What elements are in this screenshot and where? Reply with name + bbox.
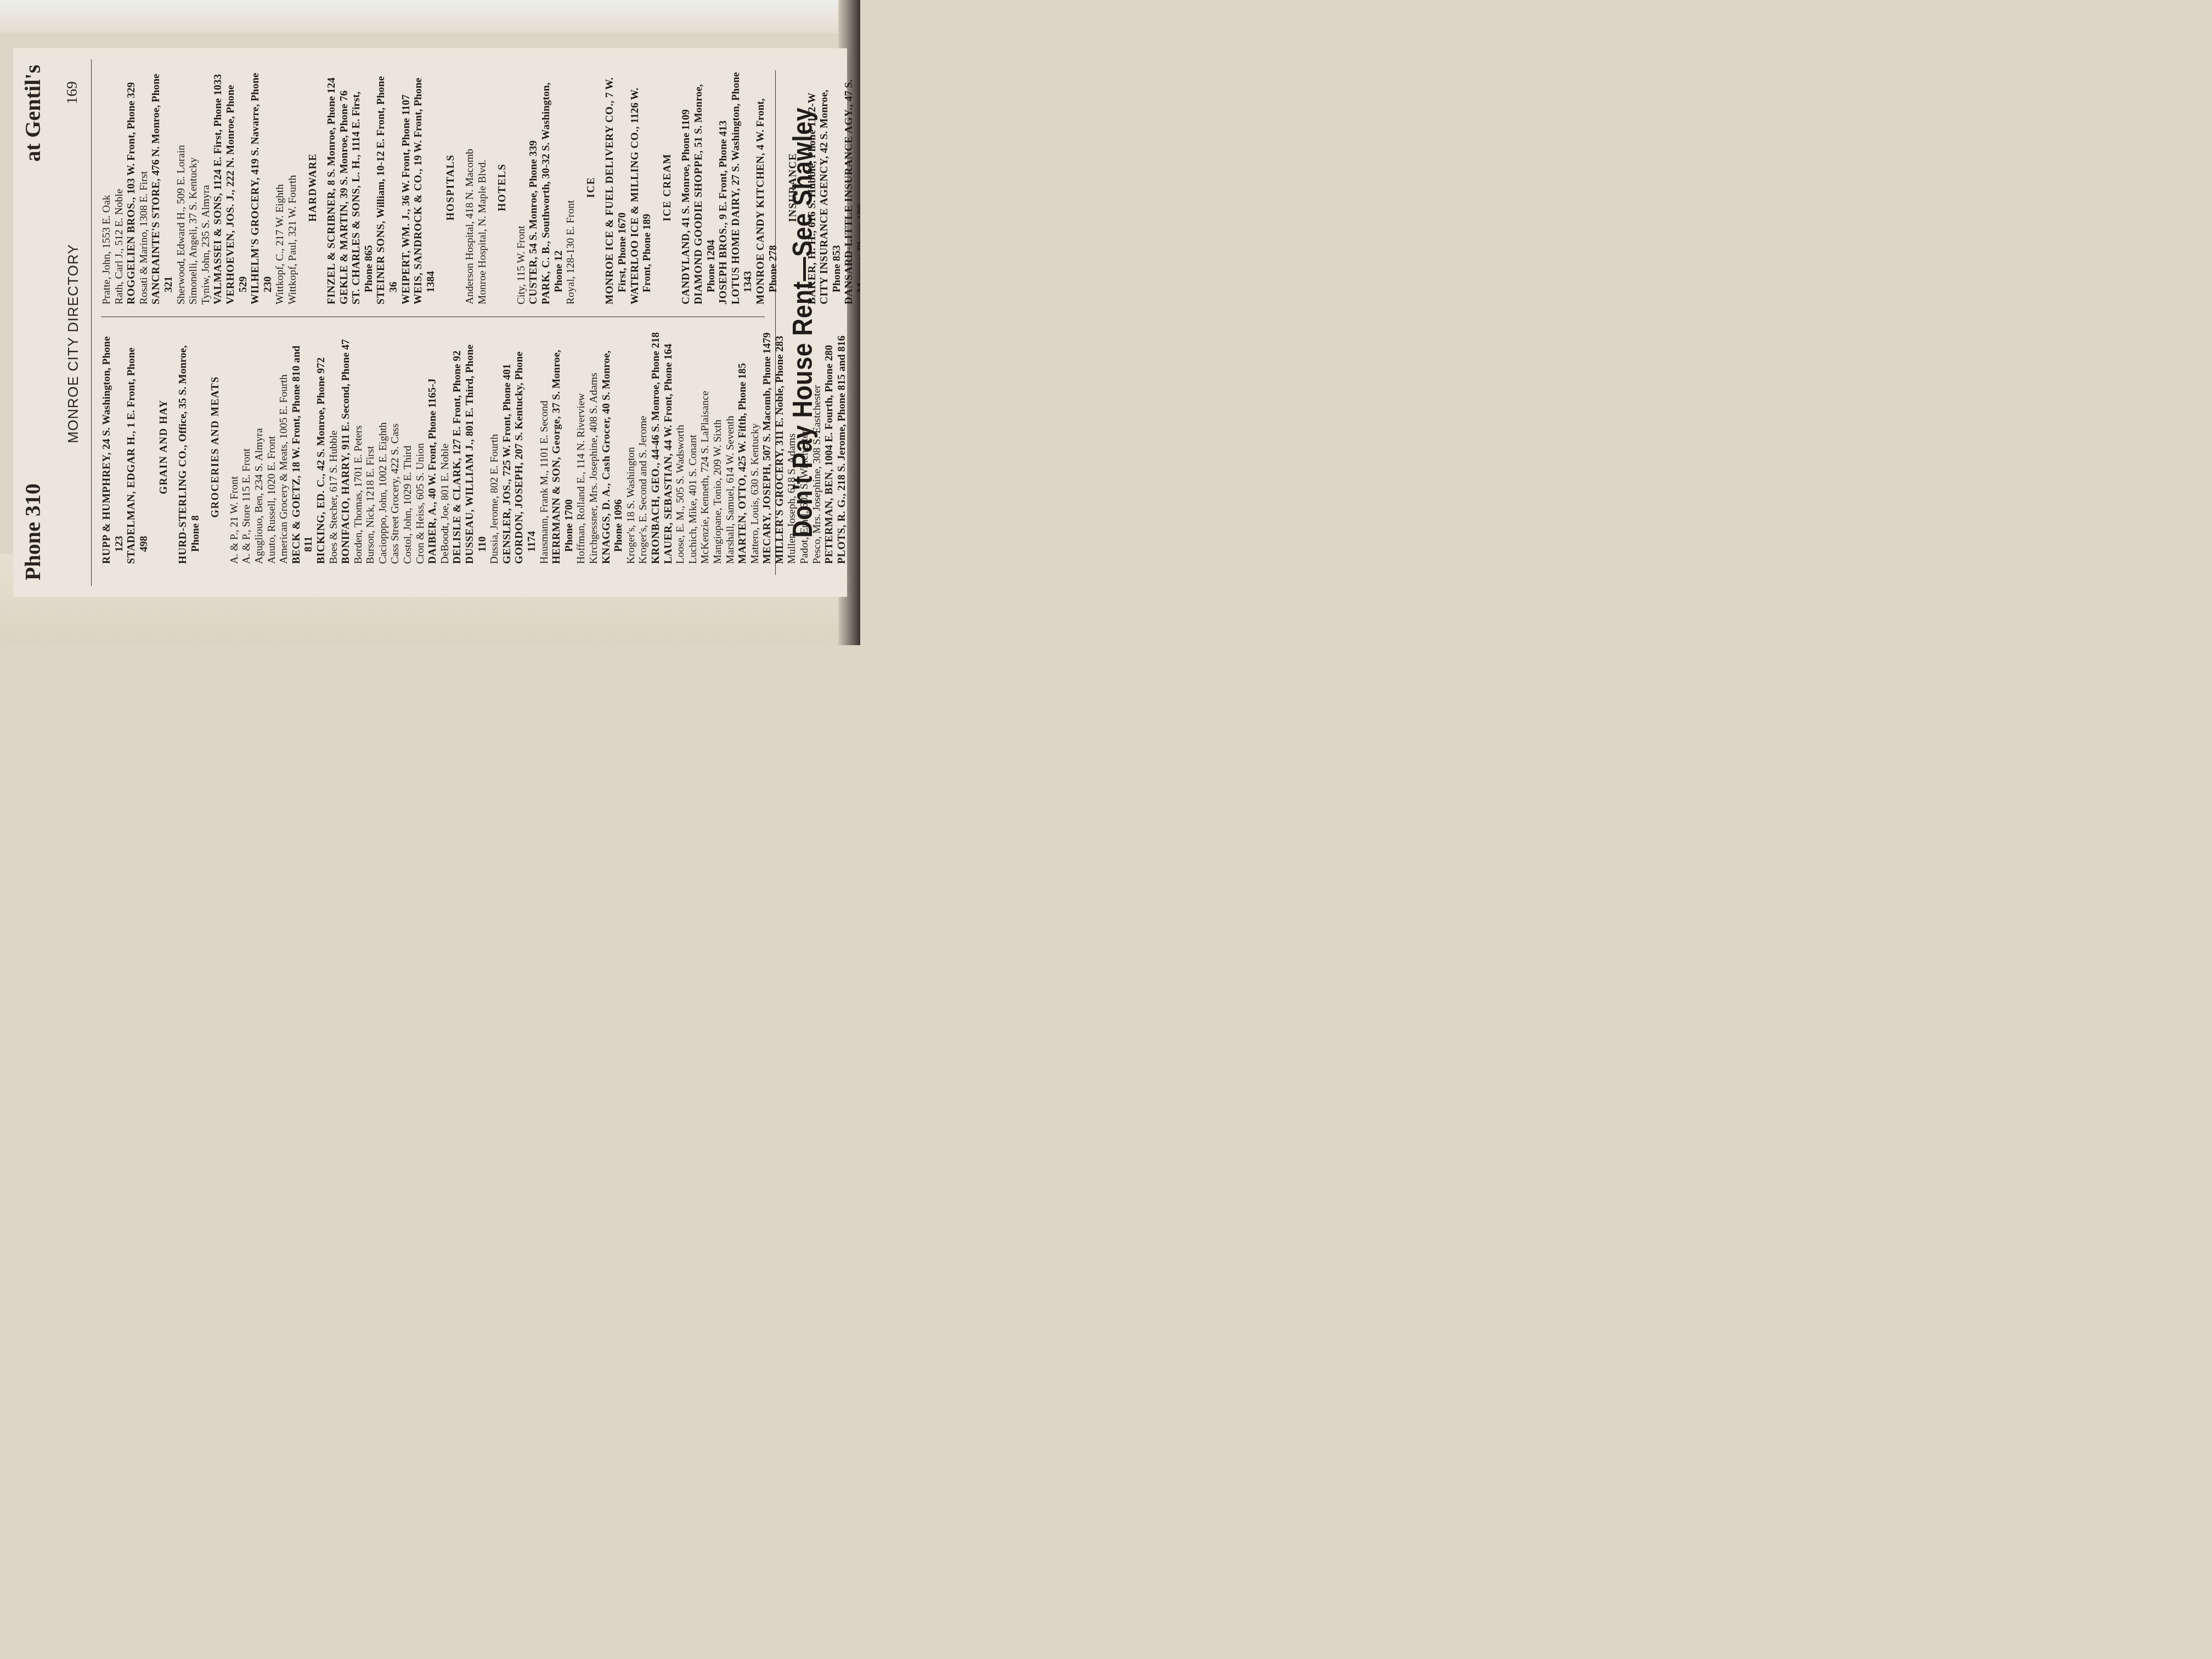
directory-entry: Luchich, Mike, 401 S. Conant: [687, 330, 700, 564]
entry-details: 724 S. LaPlaisance: [699, 391, 711, 475]
entry-name: MECARY, JOSEPH,: [761, 464, 773, 564]
entry-name: A. & P.,: [241, 530, 252, 564]
directory-entry: Dussia, Jerome, 802 E. Fourth: [489, 330, 501, 564]
entry-name: Hoffman, Rolland E.,: [575, 472, 587, 564]
advertisement-footer: Don't Pay House Rent—See Shawley: [787, 48, 819, 597]
directory-entry: GORDON, JOSEPH, 207 S. Kentucky, Phone 1…: [513, 330, 538, 564]
directory-entry: MILLER'S GROCERY, 311 E. Noble, Phone 28…: [774, 330, 787, 564]
directory-entry: HERRMANN & SON, George, 37 S. Monroe, Ph…: [551, 330, 575, 564]
entry-name: Burson, Nick,: [365, 504, 376, 564]
entry-details: 218 S. Jerome, Phone 815 and 816: [836, 336, 848, 493]
entry-name: BECK & GOETZ,: [291, 475, 302, 564]
entry-details: 911 E. Second, Phone 47: [340, 339, 352, 452]
directory-entry: Pratte, John, 1553 E. Oak: [101, 70, 114, 304]
directory-entry: DANSARD-LITTLE INSURANCE AGY., 47 S. Mon…: [843, 70, 860, 304]
page-header: MONROE CITY DIRECTORY 169: [61, 59, 92, 586]
directory-entry: Agugliouo, Ben, 234 S. Almyra: [253, 330, 266, 564]
entry-details: 127 E. Front, Phone 92: [452, 351, 463, 458]
entry-name: STADELMAN, EDGAR H.,: [126, 431, 137, 564]
directory-entry: WILHELM'S GROCERY, 419 S. Navarre, Phone…: [250, 70, 274, 304]
directory-entry: Mangiopane, Tonio, 209 W. Sixth: [712, 330, 725, 564]
entry-details: 1004 E. Fourth, Phone 280: [823, 345, 835, 469]
directory-entry: JOSEPH BROS., 9 E. Front, Phone 413: [718, 70, 730, 304]
directory-entry: McKenzie, Kenneth, 724 S. LaPlaisance: [699, 330, 712, 564]
entry-name: CANDYLAND,: [680, 230, 692, 304]
entry-name: SANCRAINTE'S STORE,: [150, 178, 162, 304]
directory-entry: Simonelli, Angeli, 37 S. Kentucky: [188, 70, 200, 304]
directory-entry: Royal, 128-130 E. Front: [565, 70, 578, 304]
entry-name: WEIPERT, WM. J.,: [400, 208, 412, 304]
entry-name: Wittkopf, Paul,: [287, 239, 298, 304]
section-heading: GRAIN AND HAY: [158, 330, 171, 564]
entry-name: MILLER'S GROCERY,: [774, 448, 786, 564]
entry-name: HERRMANN & SON, George,: [551, 416, 562, 564]
entry-details: 614 W. Seventh: [725, 416, 736, 486]
entry-name: Dussia, Jerome,: [489, 496, 500, 564]
entry-details: 1553 E. Oak: [101, 195, 112, 251]
entry-name: Simonelli, Angeli,: [188, 227, 199, 304]
entry-name: American Grocery & Meats,: [278, 442, 290, 564]
directory-entry: Caciopppo, John, 1002 E. Eighth: [377, 330, 390, 564]
directory-entry: LOTUS HOME DAIRY, 27 S. Washington, Phon…: [730, 70, 755, 304]
directory-entry: Costol, John, 1029 E. Third: [402, 330, 415, 564]
entry-name: LAUER, SEBASTIAN,: [663, 453, 674, 564]
entry-name: VALMASSEI & SONS,: [212, 193, 224, 304]
directory-entry: Marshall, Samuel, 614 W. Seventh: [725, 330, 737, 564]
entry-name: WATERLOO ICE & MILLING CO.,: [629, 126, 641, 304]
entry-details: 422 S. Cass: [390, 424, 401, 476]
directory-entry: PETERMAN, BEN, 1004 E. Fourth, Phone 280: [823, 330, 836, 564]
entry-details: 505 S. Wadsworth: [675, 425, 686, 506]
entry-name: Hausmann, Frank M.,: [539, 470, 550, 564]
directory-entry: Cron & Heiss, 605 S. Union: [415, 330, 427, 564]
entry-name: Luchich, Mike,: [687, 498, 699, 564]
entry-details: 1308 E. First: [138, 171, 150, 229]
directory-entry: STEINER SONS, William, 10-12 E. Front, P…: [375, 70, 400, 304]
directory-entry: Burson, Nick, 1218 E. First: [365, 330, 377, 564]
entry-name: Cass Street Grocery,: [390, 476, 401, 564]
directory-entry: Loose, E. M., 505 S. Wadsworth: [675, 330, 687, 564]
entry-name: Cron & Heiss,: [415, 503, 426, 564]
directory-entry: MONROE ICE & FUEL DELIVERY CO., 7 W. Fir…: [604, 70, 629, 304]
entry-details: 725 W. Front, Phone 401: [501, 364, 513, 478]
directory-entry: Hausmann, Frank M., 1101 E. Second: [539, 330, 551, 564]
directory-entry: MECARY, JOSEPH, 507 S. Macomb, Phone 147…: [761, 330, 774, 564]
entry-name: DAIBER, A.,: [427, 501, 438, 564]
entry-name: VERHOEVEN, JOS. J.,: [225, 189, 236, 304]
directory-entry: BECK & GOETZ, 18 W. Front, Phone 810 and…: [291, 330, 315, 564]
entry-name: McKenzie, Kenneth,: [699, 475, 711, 564]
directory-entry: City, 115 W. Front: [516, 70, 528, 304]
entry-name: STEINER SONS,: [375, 221, 387, 304]
directory-entry: DIAMOND GOODIE SHOPPE, 51 S. Monroe, Pho…: [693, 70, 718, 304]
section-heading: HARDWARE: [307, 70, 320, 304]
entry-name: Costol, John,: [402, 508, 414, 564]
entry-name: Mattero, Louis,: [749, 498, 761, 564]
directory-entry: A. & P., 21 W. Front: [229, 330, 241, 564]
entry-name: DUSSEAU, WILLIAM J.,: [464, 439, 476, 564]
directory-entry: WATERLOO ICE & MILLING CO., 1126 W. Fron…: [629, 70, 654, 304]
entry-name: Caciopppo, John,: [377, 489, 389, 564]
directory-entry: ST. CHARLES & SONS, L. H., 1114 E. First…: [351, 70, 375, 304]
entry-details: 801 E. Noble: [439, 444, 451, 503]
entry-name: BONIFACIO, HARRY,: [340, 453, 352, 564]
directory-entry: SANCRAINTE'S STORE, 476 N. Monroe, Phone…: [150, 70, 175, 304]
entry-details: 115 W. Front: [516, 225, 527, 284]
entry-details: 114 N. Riverview: [575, 393, 587, 472]
entry-name: DANSARD-LITTLE INSURANCE AGY.,: [843, 104, 855, 304]
entry-details: 425 W. Fifth, Phone 185: [737, 363, 748, 475]
directory-entry: Rosati & Marino, 1308 E. First: [138, 70, 151, 304]
entry-details: 617 S. Hubble: [328, 431, 340, 495]
entry-details: 37 S. Kentucky: [188, 157, 199, 227]
entry-name: KRONBACH, GEO.,: [650, 462, 662, 564]
directory-entry: DELISLE & CLARK, 127 E. Front, Phone 92: [452, 330, 464, 564]
directory-entry: Cass Street Grocery, 422 S. Cass: [390, 330, 402, 564]
entry-details: 630 S. Kentucky: [749, 424, 761, 498]
directory-entry: LAUER, SEBASTIAN, 44 W. Front, Phone 164: [663, 330, 675, 564]
column-divider: [101, 317, 765, 317]
entry-name: GEKLE & MARTIN,: [338, 201, 350, 304]
entry-details: 9 E. Front, Phone 413: [718, 120, 729, 222]
entry-details: 18 S. Washington: [625, 447, 637, 525]
entry-details: 234 S. Almyra: [253, 428, 265, 493]
running-head: Phone 310 at Gentil's: [18, 48, 56, 597]
right-column: Pratte, John, 1553 E. OakRath, Carl J., …: [101, 70, 765, 304]
entry-name: Auuto, Russell,: [266, 498, 278, 564]
directory-entry: STADELMAN, EDGAR H., 1 E. Front, Phone 4…: [126, 330, 150, 564]
directory-entry: HURD-STERLING CO., Office, 35 S. Monroe,…: [177, 330, 202, 564]
entry-name: Anderson Hospital,: [464, 221, 476, 304]
entry-name: Mangiopane, Tonio,: [712, 478, 724, 564]
entry-name: LOTUS HOME DAIRY,: [730, 188, 742, 304]
directory-entry: BONIFACIO, HARRY, 911 E. Second, Phone 4…: [340, 330, 353, 564]
entry-name: CUSTER,: [528, 257, 539, 304]
section-heading: GROCERIES AND MEATS: [210, 330, 222, 564]
directory-entry: ROGGELIEN BROS., 103 W. Front, Phone 329: [126, 70, 138, 304]
entry-details: Store 115 E. Front: [241, 448, 252, 529]
directory-entry: Auuto, Russell, 1020 E. Front: [266, 330, 279, 564]
entry-details: 1020 E. Front: [266, 436, 278, 498]
entry-name: RUPP & HUMPHREY,: [101, 452, 112, 564]
directory-entry: RUPP & HUMPHREY, 24 S. Washington, Phone…: [101, 330, 126, 564]
entry-details: 1005 E. Fourth: [278, 374, 290, 441]
directory-entry: American Grocery & Meats, 1005 E. Fourth: [278, 330, 291, 564]
entry-details: 321 W. Fourth: [287, 175, 298, 239]
entry-details: 311 E. Noble, Phone 283: [774, 336, 786, 448]
directory-entry: Rath, Carl J., 512 E. Noble: [114, 70, 126, 304]
entry-details: E. Second and S. Jerome: [637, 416, 649, 525]
directory-entry: Kroger's, E. Second and S. Jerome: [637, 330, 650, 564]
entry-name: Monroe Hospital,: [477, 229, 488, 304]
entry-name: City,: [516, 284, 527, 304]
directory-columns: RUPP & HUMPHREY, 24 S. Washington, Phone…: [101, 70, 765, 564]
entry-details: 217 W. Eighth: [274, 184, 286, 249]
entry-name: GENSLER, JOS.,: [501, 479, 513, 564]
running-head-phone-fragment: Phone 310: [20, 483, 46, 580]
directory-entry: Kirchgessner, Mrs. Josephine, 408 S. Ada…: [588, 330, 601, 564]
directory-entry: PLOTS, R. G., 218 S. Jerome, Phone 815 a…: [836, 330, 849, 564]
entry-name: Kroger's,: [625, 525, 637, 564]
entry-details: 54 S. Monroe, Phone 339: [528, 140, 539, 256]
entry-details: 1029 E. Third: [402, 445, 414, 507]
entry-details: 36 W. Front, Phone 1107: [400, 94, 412, 208]
entry-details: 42 S. Monroe, Phone 972: [315, 357, 327, 473]
entry-details: 1218 E. First: [365, 446, 376, 504]
entry-name: JOSEPH BROS.,: [718, 222, 729, 304]
directory-entry: CITY INSURANCE AGENCY, 42 S. Monroe, Pho…: [819, 70, 843, 304]
entry-name: Rath, Carl J.,: [114, 249, 125, 304]
section-heading: ICE: [585, 70, 598, 304]
entry-name: Borden, Thomas,: [353, 490, 364, 564]
directory-entry: MARTEN, OTTO, 425 W. Fifth, Phone 185: [737, 330, 749, 564]
section-heading: HOSPITALS: [445, 70, 458, 304]
entry-details: 418 N. Macomb: [464, 149, 476, 221]
page-gutter-shadow: [0, 0, 860, 33]
entry-name: MARTEN, OTTO,: [737, 475, 748, 564]
entry-name: FINZEL & SCRIBNER,: [326, 188, 337, 304]
entry-name: Rosati & Marino,: [138, 229, 150, 304]
entry-details: 1101 E. Second: [539, 400, 550, 470]
entry-name: Pratte, John,: [101, 251, 112, 304]
entry-name: KNAGGS, D. A., Cash Grocer,: [601, 416, 612, 564]
entry-details: 512 E. Noble: [114, 189, 125, 248]
entry-details: 235 S. Almyra: [200, 185, 212, 250]
left-column: RUPP & HUMPHREY, 24 S. Washington, Phone…: [101, 330, 765, 564]
directory-entry: Wittkopf, Paul, 321 W. Fourth: [287, 70, 300, 304]
entry-details: 408 S. Adams: [588, 373, 600, 435]
entry-name: WEIS, SANDROCK & CO.,: [413, 168, 424, 304]
directory-entry: KNAGGS, D. A., Cash Grocer, 40 S. Monroe…: [601, 330, 625, 564]
entry-name: MONROE CANDY KITCHEN,: [755, 153, 766, 304]
entry-name: WILHELM'S GROCERY,: [250, 177, 261, 304]
entry-name: A. & P.,: [229, 530, 240, 564]
directory-entry: CUSTER, 54 S. Monroe, Phone 339: [528, 70, 540, 304]
directory-entry: KRONBACH, GEO., 44-46 S. Monroe, Phone 2…: [650, 330, 663, 564]
entry-details: 605 S. Union: [415, 443, 426, 503]
directory-entry: GENSLER, JOS., 725 W. Front, Phone 401: [501, 330, 514, 564]
entry-name: Loose, E. M.,: [675, 506, 686, 564]
page-number: 169: [64, 81, 81, 104]
directory-entry: BICKING, ED. C., 42 S. Monroe, Phone 972: [315, 330, 328, 564]
entry-details: 1002 E. Eighth: [377, 422, 389, 489]
directory-entry: WEIS, SANDROCK & CO., 19 W. Front, Phone…: [413, 70, 437, 304]
entry-name: Boes & Stecher,: [328, 495, 340, 564]
directory-entry: WEIPERT, WM. J., 36 W. Front, Phone 1107: [400, 70, 413, 304]
directory-entry: DeBoodt, Joe, 801 E. Noble: [439, 330, 452, 564]
directory-entry: MONROE CANDY KITCHEN, 4 W. Front, Phone …: [755, 70, 780, 304]
entry-name: HURD-STERLING CO.,: [177, 444, 189, 564]
section-heading: ICE CREAM: [662, 70, 674, 304]
directory-entry: Kroger's, 18 S. Washington: [625, 330, 638, 564]
entry-name: GORDON, JOSEPH,: [513, 462, 525, 564]
entry-name: Agugliouo, Ben,: [253, 493, 265, 564]
page-title: MONROE CITY DIRECTORY: [65, 244, 82, 443]
entry-name: DIAMOND GOODIE SHOPPE,: [693, 150, 704, 304]
entry-details: 44-46 S. Monroe, Phone 218: [650, 332, 662, 462]
entry-details: 509 E. Lorain: [176, 145, 187, 207]
directory-entry: DUSSEAU, WILLIAM J., 801 E. Third, Phone…: [464, 330, 489, 564]
entry-name: Kroger's,: [637, 525, 649, 564]
entry-details: 1701 E. Peters: [353, 425, 364, 490]
directory-entry: Hoffman, Rolland E., 114 N. Riverview: [575, 330, 588, 564]
directory-entry: VERHOEVEN, JOS. J., 222 N. Monroe, Phone…: [225, 70, 250, 304]
entry-name: PETERMAN, BEN,: [823, 469, 835, 564]
directory-entry: CANDYLAND, 41 S. Monroe, Phone 1109: [680, 70, 693, 304]
directory-entry: Wittkopf, C., 217 W. Eighth: [274, 70, 287, 304]
entry-details: 40 W. Front, Phone 1165-J: [427, 379, 438, 501]
directory-entry: Anderson Hospital, 418 N. Macomb: [464, 70, 477, 304]
entry-details: 44 W. Front, Phone 164: [663, 344, 674, 454]
entry-details: 802 E. Fourth: [489, 434, 500, 496]
entry-details: 8 S. Monroe, Phone 124: [326, 77, 337, 188]
directory-entry: GEKLE & MARTIN, 39 S. Monroe, Phone 76: [338, 70, 351, 304]
entry-name: PARK, C. B.,: [540, 241, 552, 304]
directory-entry: Boes & Stecher, 617 S. Hubble: [328, 330, 341, 564]
entry-name: Royal,: [565, 276, 577, 304]
entry-name: MONROE ICE & FUEL DELIVERY CO.,: [604, 100, 616, 304]
entry-details: 507 S. Macomb, Phone 1479: [761, 332, 773, 464]
section-heading: HOTELS: [496, 70, 509, 304]
entry-name: PLOTS, R. G.,: [836, 493, 848, 564]
entry-details: 128-130 E. Front: [565, 200, 577, 276]
directory-entry: DAIBER, A., 40 W. Front, Phone 1165-J: [427, 330, 439, 564]
entry-name: BICKING, ED. C.,: [315, 473, 327, 564]
directory-entry: Borden, Thomas, 1701 E. Peters: [353, 330, 365, 564]
entry-name: DELISLE & CLARK,: [452, 458, 463, 564]
directory-entry: Monroe Hospital, N. Maple Blvd.: [477, 70, 489, 304]
directory-entry: Sherwood, Edward H., 509 E. Lorain: [176, 70, 188, 304]
entry-details: 21 W. Front: [229, 476, 240, 530]
entry-details: 39 S. Monroe, Phone 76: [338, 91, 350, 201]
entry-details: 209 W. Sixth: [712, 420, 724, 478]
entry-name: Marshall, Samuel,: [725, 486, 736, 564]
entry-details: N. Maple Blvd.: [477, 160, 488, 229]
directory-entry: A. & P., Store 115 E. Front: [241, 330, 253, 564]
entry-name: Tyniw, John,: [200, 250, 212, 304]
directory-entry: Mattero, Louis, 630 S. Kentucky: [749, 330, 762, 564]
directory-entry: FINZEL & SCRIBNER, 8 S. Monroe, Phone 12…: [326, 70, 338, 304]
directory-entry: PARK, C. B., Southworth, 30-32 S. Washin…: [540, 70, 565, 304]
entry-details: 401 S. Conant: [687, 435, 699, 498]
entry-name: Sherwood, Edward H.,: [176, 207, 187, 304]
entry-name: Kirchgessner, Mrs. Josephine,: [588, 435, 600, 564]
entry-name: ROGGELIEN BROS.,: [126, 197, 137, 304]
running-head-gentils-fragment: at Gentil's: [20, 65, 46, 162]
directory-entry: VALMASSEI & SONS, 1124 E. First, Phone 1…: [212, 70, 225, 304]
entry-name: ST. CHARLES & SONS, L. H.,: [351, 154, 362, 304]
entry-name: CITY INSURANCE AGENCY,: [819, 156, 830, 304]
directory-entry: Tyniw, John, 235 S. Almyra: [200, 70, 213, 304]
entry-details: 41 S. Monroe, Phone 1109: [680, 109, 692, 230]
entry-name: DeBoodt, Joe,: [439, 503, 451, 564]
directory-page: Phone 310 at Gentil's MONROE CITY DIRECT…: [13, 48, 847, 597]
bottom-rule: [775, 70, 776, 575]
entry-details: 103 W. Front, Phone 329: [126, 82, 137, 197]
entry-name: Wittkopf, C.,: [274, 249, 286, 304]
entry-details: 1124 E. First, Phone 1033: [212, 74, 224, 193]
